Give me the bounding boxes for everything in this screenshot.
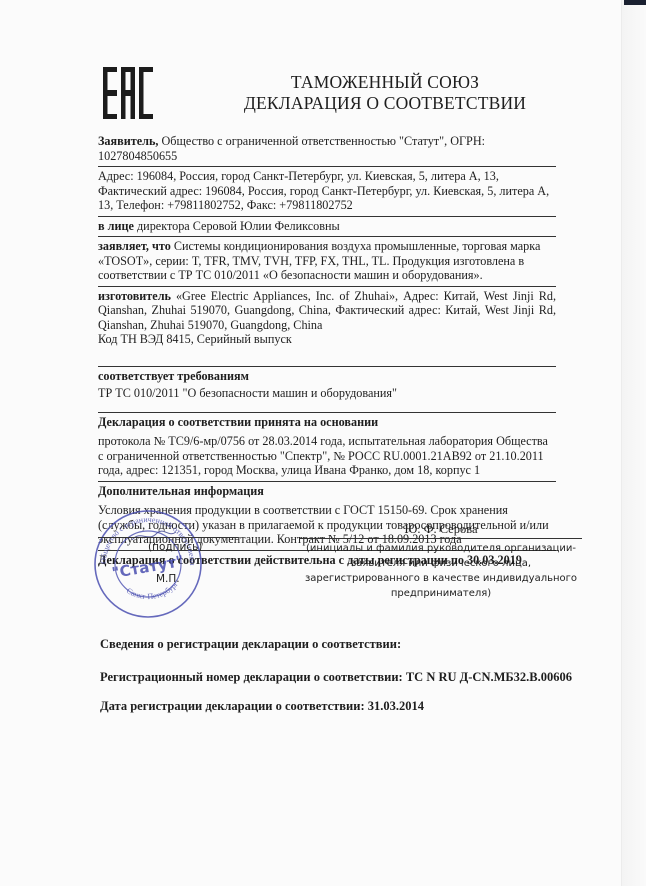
signature-caption: (подпись) [148,541,202,553]
complies-label: соответствует требованиям [98,369,249,383]
basis-label: Декларация о соответствии принята на осн… [98,415,378,429]
basis-row: Декларация о соответствии принята на осн… [98,413,556,482]
address-row: Адрес: 196084, Россия, город Санкт-Петер… [98,167,556,217]
additional-label: Дополнительная информация [98,484,264,498]
represented-row: в лице директора Серовой Юлии Феликсовны [98,217,556,238]
union-title: ТАМОЖЕННЫЙ СОЮЗ [180,72,590,93]
represented-label: в лице [98,219,134,233]
address-value: Адрес: 196084, Россия, город Санкт-Петер… [98,169,549,212]
registration-title: Сведения о регистрации декларации о соот… [100,637,580,652]
signer-name-caption: (инициалы и фамилия руководителя организ… [300,541,582,601]
signer-name: Ю. Ф. Серова [300,522,582,537]
declares-label: заявляет, что [98,239,171,253]
scan-edge-mark [624,0,646,5]
company-stamp: Общество с ограниченной ответственностью… [92,508,204,620]
applicant-row: Заявитель, Общество с ограниченной ответ… [98,132,556,167]
declares-row: заявляет, что Системы кондиционирования … [98,237,556,287]
registration-number: Регистрационный номер декларации о соотв… [100,670,580,685]
complies-row: соответствует требованиям ТР ТС 010/2011… [98,367,556,413]
page-edge-shadow [621,0,646,886]
seal-place-label: М.П. [156,573,180,585]
declaration-body: Заявитель, Общество с ограниченной ответ… [98,132,556,570]
document-header: ТАМОЖЕННЫЙ СОЮЗ ДЕКЛАРАЦИЯ О СООТВЕТСТВИ… [180,72,590,114]
signature-line [98,537,238,538]
basis-value: протокола № ТС9/6-мр/0756 от 28.03.2014 … [98,434,556,478]
declaration-title: ДЕКЛАРАЦИЯ О СООТВЕТСТВИИ [180,93,590,114]
registration-date: Дата регистрации декларации о соответств… [100,699,580,714]
registration-section: Сведения о регистрации декларации о соот… [100,637,580,728]
manufacturer-label: изготовитель [98,289,171,303]
name-line [300,538,582,539]
complies-value: ТР ТС 010/2011 "О безопасности машин и о… [98,386,556,401]
manufacturer-row: изготовитель «Gree Electric Appliances, … [98,287,556,367]
represented-value: директора Серовой Юлии Феликсовны [134,219,340,233]
applicant-label: Заявитель, [98,134,158,148]
hs-code: Код ТН ВЭД 8415, Серийный выпуск [98,332,556,347]
eac-logo-icon [103,67,153,119]
